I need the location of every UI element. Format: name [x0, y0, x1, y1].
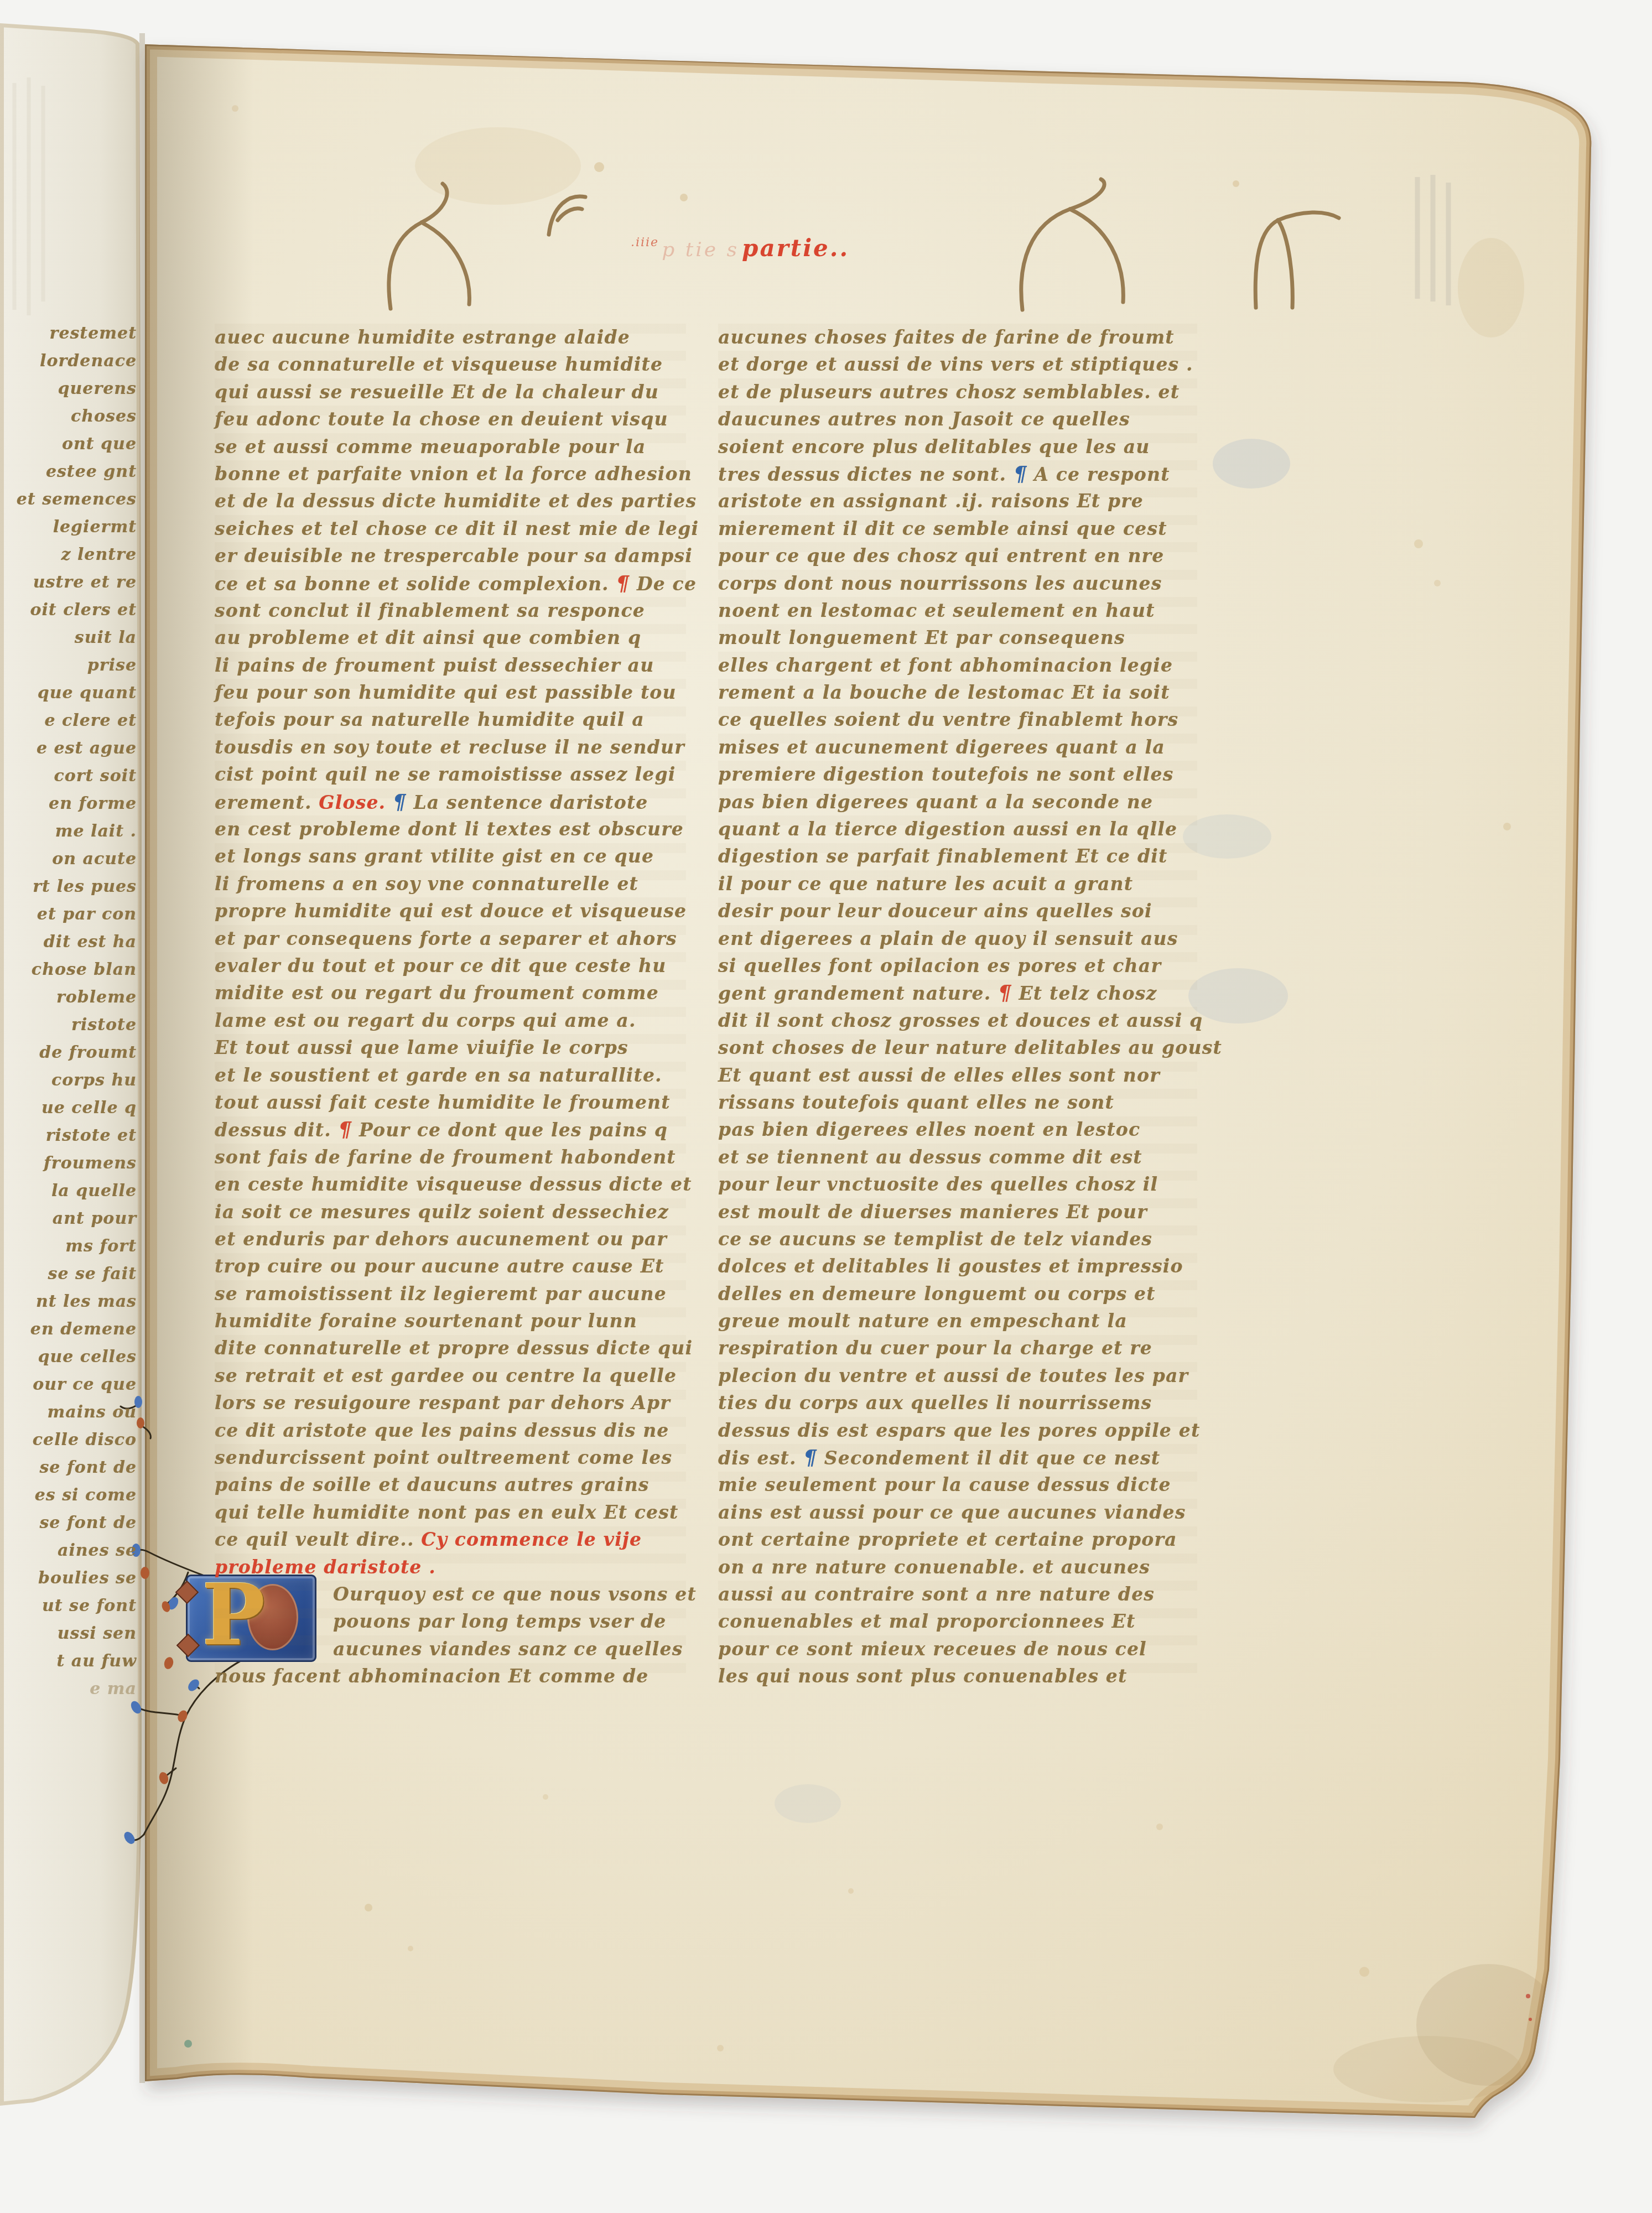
text-line-left-33: ia soit ce mesures quilz soient dessechi… — [215, 1198, 686, 1225]
manuscript-photo: restemetlordenacequerenschosesont queest… — [0, 0, 1652, 2213]
text-line-right-22: desir pour leur douceur ains quelles soi — [718, 897, 1197, 924]
text-line-left-48: pouons par long temps vser de — [215, 1608, 686, 1635]
text-line-left-34: et enduris par dehors aucunement ou par — [215, 1225, 686, 1253]
text-column-left: auec aucune humidite estrange alaidede s… — [215, 324, 686, 1690]
prev-folio-fragment-14: que quant — [38, 683, 137, 703]
text-line-right-41: dessus dis est espars que les pores oppi… — [718, 1417, 1197, 1444]
text-line-left-49: aucunes viandes sanz ce quelles — [215, 1635, 686, 1663]
text-line-left-44: qui telle humidite nont pas en eulx Et c… — [215, 1499, 686, 1526]
text-line-left-47: Ourquoy est ce que nous vsons et — [215, 1581, 686, 1608]
text-line-left-5: se et aussi comme meuaporable pour la — [215, 433, 686, 460]
text-line-left-18: erement. Glose. ¶ La sentence daristote — [215, 788, 686, 815]
text-line-left-46: probleme daristote . — [215, 1554, 686, 1581]
prev-folio-fragment-25: robleme — [56, 988, 137, 1007]
text-line-left-30: dessus dit. ¶ Pour ce dont que les pains… — [215, 1116, 686, 1143]
prev-folio-fragment-4: choses — [71, 407, 137, 426]
text-line-left-17: cist point quil ne se ramoistisse assez … — [215, 761, 686, 788]
teal-speck — [184, 2040, 192, 2048]
text-line-right-28: Et quant est aussi de elles elles sont n… — [718, 1062, 1197, 1089]
red-speck — [1526, 1994, 1530, 1998]
text-line-left-15: tefois pour sa naturelle humidite quil a — [215, 706, 686, 733]
prev-folio-fragment-16: e est ague — [37, 739, 137, 758]
header-part-number: .iiie — [631, 236, 659, 250]
prev-folio-fragment-34: ms fort — [65, 1237, 137, 1256]
text-line-left-20: et longs sans grant vtilite gist en ce q… — [215, 843, 686, 870]
paraph-mark: ¶ — [393, 789, 407, 814]
prev-folio-fragment-5: ont que — [62, 434, 137, 454]
prev-folio-text-strip: restemetlordenacequerenschosesont queest… — [0, 324, 139, 1740]
prev-folio-fragment-29: ue celle q — [41, 1098, 137, 1118]
prev-folio-fragment-28: corps hu — [51, 1071, 137, 1090]
text-line-right-18: pas bien digerees quant a la seconde ne — [718, 788, 1197, 815]
prev-folio-fragment-6: estee gnt — [46, 462, 137, 481]
text-line-right-17: premiere digestion toutefois ne sont ell… — [718, 761, 1197, 788]
text-line-right-37: greue moult nature en empeschant la — [718, 1307, 1197, 1334]
text-line-left-50: nous facent abhominacion Et comme de — [215, 1663, 686, 1690]
text-line-left-28: et le soustient et garde en sa naturalli… — [215, 1062, 686, 1089]
text-line-left-39: se retrait et est gardee ou centre la qu… — [215, 1362, 686, 1389]
paraph-mark: ¶ — [803, 1445, 817, 1469]
text-line-right-3: et de pluseurs autres chosz semblables. … — [718, 378, 1197, 406]
text-line-right-29: rissans toutefois quant elles ne sont — [718, 1089, 1197, 1116]
text-line-left-31: sont fais de farine de froument habonden… — [215, 1144, 686, 1171]
text-line-right-33: est moult de diuerses manieres Et pour — [718, 1198, 1197, 1225]
prev-folio-fragment-2: lordenace — [40, 351, 137, 371]
text-line-left-4: feu adonc toute la chose en deuient visq… — [215, 406, 686, 433]
text-line-right-46: on a nre nature conuenable. et aucunes — [718, 1554, 1197, 1581]
prev-folio-fragment-31: froumens — [44, 1154, 137, 1173]
prev-folio-fragment-42: se font de — [39, 1458, 137, 1477]
text-line-left-26: lame est ou regart du corps qui ame a. — [215, 1007, 686, 1034]
text-line-left-41: ce dit aristote que les pains dessus dis… — [215, 1417, 686, 1444]
paraph-mark: ¶ — [1014, 461, 1027, 486]
text-column-right: aucunes choses faites de farine de froum… — [718, 324, 1197, 1690]
prev-folio-fragment-33: ant pour — [53, 1209, 137, 1228]
prev-folio-fragment-3: querens — [58, 379, 137, 398]
text-line-right-14: rement a la bouche de lestomac Et ia soi… — [718, 679, 1197, 706]
prev-folio-fragment-8: legiermt — [53, 517, 137, 537]
prev-folio-fragment-39: our ce que — [33, 1375, 137, 1394]
prev-folio-fragment-26: ristote — [71, 1015, 137, 1035]
prev-folio-fragment-44: se font de — [39, 1513, 137, 1533]
prev-folio-fragment-38: que celles — [38, 1347, 137, 1367]
gutter-shadow — [139, 33, 145, 2083]
text-line-left-7: et de la dessus dicte humidite et des pa… — [215, 487, 686, 515]
running-header: .iiie p tie s partie.. — [631, 235, 849, 262]
text-line-right-50: les qui nous sont plus conuenables et — [718, 1663, 1197, 1690]
text-line-right-23: ent digerees a plain de quoy il sensuit … — [718, 925, 1197, 952]
prev-folio-fragment-1: restemet — [50, 324, 137, 343]
prev-folio-fragment-27: de froumt — [39, 1043, 137, 1062]
text-line-left-19: en cest probleme dont li textes est obsc… — [215, 815, 686, 843]
text-line-left-42: sendurcissent point oultreement come les — [215, 1444, 686, 1471]
text-line-right-25: gent grandement nature. ¶ Et telz chosz — [718, 979, 1197, 1006]
text-line-left-40: lors se resuigoure respant par dehors Ap… — [215, 1389, 686, 1416]
text-line-right-19: quant a la tierce digestion aussi en la … — [718, 815, 1197, 843]
prev-folio-fragment-45: aines se — [58, 1541, 137, 1560]
text-line-right-6: tres dessus dictes ne sont. ¶ A ce respo… — [718, 460, 1197, 487]
text-line-left-29: tout aussi fait ceste humidite le froume… — [215, 1089, 686, 1116]
text-line-left-45: ce quil veult dire.. Cy commence le vije — [215, 1526, 686, 1553]
prev-folio-fragment-10: ustre et re — [33, 573, 137, 592]
text-line-left-38: dite connaturelle et propre dessus dicte… — [215, 1334, 686, 1362]
text-line-right-38: respiration du cuer pour la charge et re — [718, 1334, 1197, 1362]
text-line-right-45: ont certaine propriete et certaine propo… — [718, 1526, 1197, 1553]
text-line-left-43: pains de soille et daucuns autres grains — [215, 1471, 686, 1498]
prev-folio-fragment-13: prise — [87, 656, 137, 675]
text-line-left-8: seiches et tel chose ce dit il nest mie … — [215, 515, 686, 542]
prev-folio-fragment-21: rt les pues — [33, 877, 137, 896]
text-line-right-47: aussi au contraire sont a nre nature des — [718, 1581, 1197, 1608]
text-line-right-43: mie seulement pour la cause dessus dicte — [718, 1471, 1197, 1498]
text-line-right-31: et se tiennent au dessus comme dit est — [718, 1144, 1197, 1171]
text-line-right-15: ce quelles soient du ventre finablemt ho… — [718, 706, 1197, 733]
prev-folio-fragment-49: t au fuw — [56, 1651, 137, 1671]
text-line-right-13: elles chargent et font abhominacion legi… — [718, 652, 1197, 679]
prev-folio-fragment-11: oit clers et — [30, 600, 137, 620]
text-line-left-21: li fromens a en soy vne connaturelle et — [215, 870, 686, 897]
text-line-right-40: ties du corps aux quelles li nourrissems — [718, 1389, 1197, 1416]
text-line-left-37: humidite foraine sourtenant pour lunn — [215, 1307, 686, 1334]
prev-folio-fragment-22: et par con — [37, 905, 137, 924]
prev-folio-fragment-46: boulies se — [38, 1568, 137, 1588]
prev-folio-fragment-12: suit la — [75, 628, 137, 647]
prev-folio-fragment-36: nt les mas — [36, 1292, 137, 1311]
text-line-right-1: aucunes choses faites de farine de froum… — [718, 324, 1197, 351]
prev-folio-fragment-15: e clere et — [44, 711, 137, 730]
text-line-left-32: en ceste humidite visqueuse dessus dicte… — [215, 1171, 686, 1198]
text-line-left-11: sont conclut il finablement sa responce — [215, 597, 686, 624]
text-line-right-10: corps dont nous nourrissons les aucunes — [718, 570, 1197, 597]
text-line-left-27: Et tout aussi que lame viuifie le corps — [215, 1034, 686, 1061]
prev-folio-fragment-20: on acute — [52, 849, 137, 869]
text-line-left-2: de sa connaturelle et visqueuse humidite — [215, 351, 686, 378]
text-line-right-48: conuenables et mal proporcionnees Et — [718, 1608, 1197, 1635]
text-line-right-26: dit il sont chosz grosses et douces et a… — [718, 1007, 1197, 1034]
text-line-left-1: auec aucune humidite estrange alaide — [215, 324, 686, 351]
prev-folio-fragment-35: se se fait — [48, 1264, 137, 1284]
prev-folio-fragment-32: la quelle — [51, 1181, 137, 1201]
text-line-right-27: sont choses de leur nature delitables au… — [718, 1034, 1197, 1061]
text-line-left-22: propre humidite qui est douce et visqueu… — [215, 897, 686, 924]
text-line-left-25: midite est ou regart du froument comme — [215, 979, 686, 1006]
prev-folio-fragment-23: dit est ha — [44, 932, 137, 952]
paraph-mark: ¶ — [616, 571, 630, 595]
text-line-right-35: dolces et delitables li goustes et impre… — [718, 1253, 1197, 1280]
text-line-left-23: et par consequens forte a separer et aho… — [215, 925, 686, 952]
prev-folio-fragment-7: et semences — [17, 490, 137, 509]
text-line-right-24: si quelles font opilacion es pores et ch… — [718, 952, 1197, 979]
text-line-left-13: li pains de froument puist dessechier au — [215, 652, 686, 679]
text-line-left-12: au probleme et dit ainsi que combien q — [215, 624, 686, 651]
prev-folio-fragment-30: ristote et — [46, 1126, 137, 1145]
text-line-right-9: pour ce que des chosz qui entrent en nre — [718, 542, 1197, 569]
text-line-right-12: moult longuement Et par consequens — [718, 624, 1197, 651]
text-line-left-10: ce et sa bonne et solide complexion. ¶ D… — [215, 570, 686, 597]
text-line-right-21: il pour ce que nature les acuit a grant — [718, 870, 1197, 897]
text-line-right-34: ce se aucuns se templist de telz viandes — [718, 1225, 1197, 1253]
prev-folio-fragment-37: en demene — [30, 1320, 137, 1339]
text-line-right-30: pas bien digerees elles noent en lestoc — [718, 1116, 1197, 1143]
text-line-right-36: delles en demeure longuemt ou corps et — [718, 1280, 1197, 1307]
text-line-left-14: feu pour son humidite qui est passible t… — [215, 679, 686, 706]
text-line-left-9: er deuisible ne trespercable pour sa dam… — [215, 542, 686, 569]
text-line-right-42: dis est. ¶ Secondement il dit que ce nes… — [718, 1444, 1197, 1471]
text-line-left-24: evaler du tout et pour ce dit que ceste … — [215, 952, 686, 979]
prev-folio-fragment-40: mains ou — [47, 1402, 137, 1422]
text-line-right-11: noent en lestomac et seulement en haut — [718, 597, 1197, 624]
text-line-left-36: se ramoistissent ilz legieremt par aucun… — [215, 1280, 686, 1307]
prev-folio-fragment-9: z lentre — [61, 545, 137, 564]
text-line-left-3: qui aussi se resueille Et de la chaleur … — [215, 378, 686, 406]
prev-folio-fragment-48: ussi sen — [58, 1624, 137, 1643]
header-faded-text: p tie s — [662, 238, 739, 261]
paraph-mark: ¶ — [339, 1117, 352, 1141]
text-line-right-5: soient encore plus delitables que les au — [718, 433, 1197, 460]
text-line-left-16: tousdis en soy toute et recluse il ne se… — [215, 734, 686, 761]
prev-folio-fragment-50: e ma — [90, 1679, 137, 1698]
text-line-right-8: mierement il dit ce semble ainsi que ces… — [718, 515, 1197, 542]
header-title: partie.. — [742, 235, 849, 262]
text-line-left-6: bonne et parfaite vnion et la force adhe… — [215, 460, 686, 487]
text-line-right-2: et dorge et aussi de vins vers et stipti… — [718, 351, 1197, 378]
prev-folio-fragment-19: me lait . — [55, 822, 137, 841]
prev-folio-fragment-17: cort soit — [54, 766, 137, 786]
text-line-right-39: plecion du ventre et aussi de toutes les… — [718, 1362, 1197, 1389]
prev-folio-fragment-18: en forme — [49, 794, 137, 813]
red-speck — [1529, 2018, 1532, 2021]
text-line-right-4: daucunes autres non Jasoit ce quelles — [718, 406, 1197, 433]
prev-folio-fragment-47: ut se font — [42, 1596, 137, 1615]
text-line-right-16: mises et aucunement digerees quant a la — [718, 734, 1197, 761]
text-line-right-32: pour leur vnctuosite des quelles chosz i… — [718, 1171, 1197, 1198]
text-line-right-20: digestion se parfait finablement Et ce d… — [718, 843, 1197, 870]
prev-folio-fragment-43: es si come — [35, 1485, 137, 1505]
prev-folio-fragment-41: celle disco — [33, 1430, 137, 1450]
prev-folio-fragment-24: chose blan — [32, 960, 137, 979]
text-line-right-49: pour ce sont mieux receues de nous cel — [718, 1635, 1197, 1663]
text-line-right-7: aristote en assignant .ij. raisons Et pr… — [718, 487, 1197, 515]
text-line-right-44: ains est aussi pour ce que aucunes viand… — [718, 1499, 1197, 1526]
text-line-left-35: trop cuire ou pour aucune autre cause Et — [215, 1253, 686, 1280]
paraph-mark: ¶ — [998, 980, 1012, 1005]
